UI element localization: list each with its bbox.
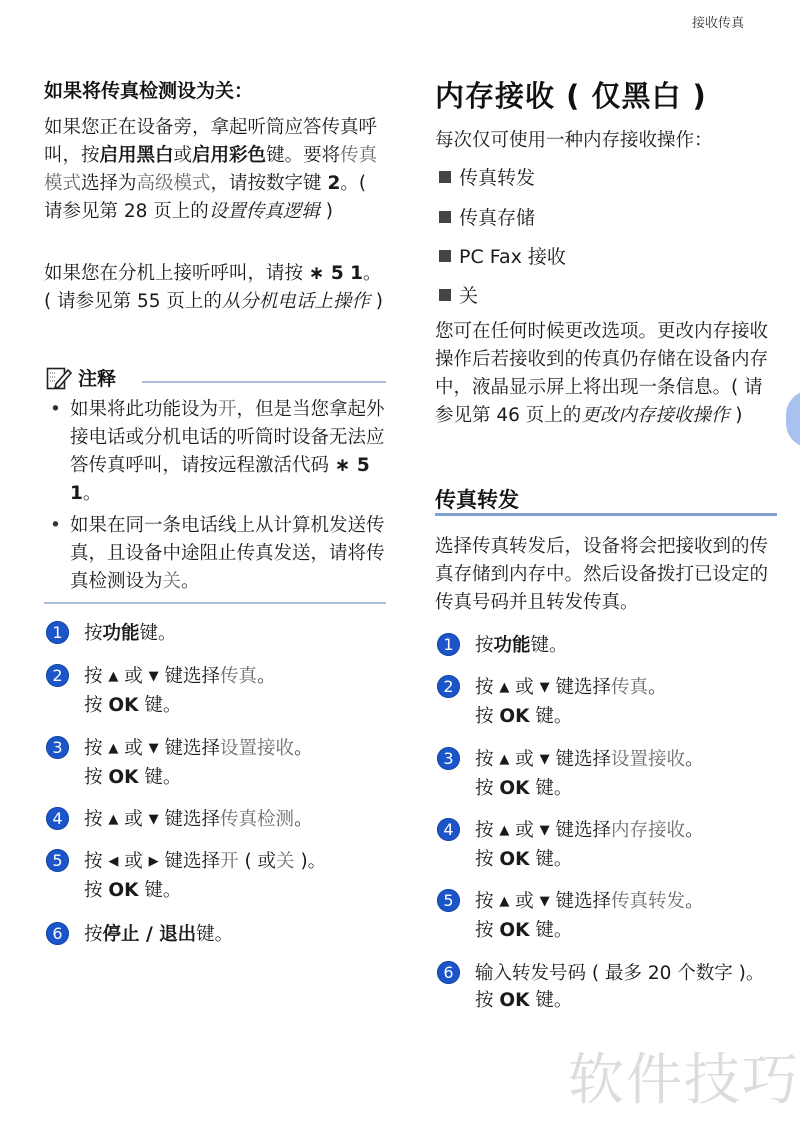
step-number-badge: 2 xyxy=(437,675,460,698)
step-4: 4 按 ▲ 或 ▼ 键选择传真检测。 xyxy=(46,806,313,835)
watermark-text: 软件技巧 xyxy=(568,1036,800,1116)
note-pencil-icon xyxy=(46,366,72,390)
step-6: 6 输入转发号码 ( 最多 20 个数字 )。按 OK 键。 xyxy=(437,960,764,1014)
down-arrow-icon: ▼ xyxy=(149,812,159,827)
step-number-badge: 6 xyxy=(46,922,69,945)
square-bullet-icon xyxy=(439,171,451,183)
step-5: 5 按 ◀ 或 ▶ 键选择开 ( 或关 )。按 OK 键。 xyxy=(46,848,326,904)
link-fax-logic[interactable]: 设置传真逻辑 xyxy=(209,201,320,222)
paragraph-answer-fax: 如果您正在设备旁，拿起听筒应答传真呼叫，按启用黑白或启用彩色键。要将传真模式选择… xyxy=(44,114,386,226)
option-item: 传真转发 xyxy=(439,163,535,190)
step-2: 2 按 ▲ 或 ▼ 键选择传真。按 OK 键。 xyxy=(46,663,276,719)
up-arrow-icon: ▲ xyxy=(108,669,118,684)
option-item: 传真存储 xyxy=(439,203,535,230)
step-3: 3 按 ▲ 或 ▼ 键选择设置接收。按 OK 键。 xyxy=(46,735,313,791)
subtitle-rule xyxy=(435,513,777,516)
note-bullet: 如果在同一条电话线上从计算机发送传真，且设备中途阻止传真发送，请将传真检测设为关… xyxy=(48,512,386,596)
square-bullet-icon xyxy=(439,211,451,223)
step-number-badge: 6 xyxy=(437,961,460,984)
key-mono-start: 启用黑白 xyxy=(100,145,174,166)
step-number-badge: 5 xyxy=(437,889,460,912)
step-2: 2 按 ▲ 或 ▼ 键选择传真。按 OK 键。 xyxy=(437,674,667,730)
step-6: 6 按停止 / 退出键。 xyxy=(46,921,233,948)
paragraph-fax-forwarding: 选择传真转发后，设备将会把接收到的传真存储到内存中。然后设备拨打已设定的传真号码… xyxy=(435,533,777,617)
down-arrow-icon: ▼ xyxy=(540,823,550,838)
up-arrow-icon: ▲ xyxy=(499,894,509,909)
step-number-badge: 4 xyxy=(437,818,460,841)
down-arrow-icon: ▼ xyxy=(540,894,550,909)
note-header: 注释 xyxy=(46,364,116,391)
page-header-label: 接收传真 xyxy=(692,12,744,31)
key-color-start: 启用彩色 xyxy=(192,145,266,166)
subheading-fax-detect-off: 如果将传真检测设为关： xyxy=(44,76,253,103)
paragraph-extension-phone: 如果您在分机上接听呼叫，请按 ∗ 5 1。( 请参见第 55 页上的从分机电话上… xyxy=(44,260,386,316)
up-arrow-icon: ▲ xyxy=(499,680,509,695)
option-item: PC Fax 接收 xyxy=(439,242,566,269)
step-5: 5 按 ▲ 或 ▼ 键选择传真转发。按 OK 键。 xyxy=(437,888,704,944)
chapter-side-tab xyxy=(786,390,800,448)
section-title-memory-receive: 内存接收 ( 仅黑白 ) xyxy=(435,74,707,115)
square-bullet-icon xyxy=(439,289,451,301)
note-top-rule xyxy=(142,381,386,383)
step-number-badge: 2 xyxy=(46,664,69,687)
note-bottom-rule xyxy=(44,602,386,604)
step-number-badge: 4 xyxy=(46,807,69,830)
step-number-badge: 1 xyxy=(437,633,460,656)
step-number-badge: 1 xyxy=(46,621,69,644)
up-arrow-icon: ▲ xyxy=(108,812,118,827)
step-number-badge: 5 xyxy=(46,849,69,872)
subtitle-fax-forwarding: 传真转发 xyxy=(435,484,519,514)
left-arrow-icon: ◀ xyxy=(108,854,118,869)
note-title: 注释 xyxy=(78,364,116,391)
step-number-badge: 3 xyxy=(46,736,69,759)
down-arrow-icon: ▼ xyxy=(149,669,159,684)
down-arrow-icon: ▼ xyxy=(540,752,550,767)
option-item: 关 xyxy=(439,281,478,308)
step-number-badge: 3 xyxy=(437,747,460,770)
step-1: 1 按功能键。 xyxy=(437,632,568,659)
step-4: 4 按 ▲ 或 ▼ 键选择内存接收。按 OK 键。 xyxy=(437,817,704,873)
paragraph-change-options: 您可在任何时候更改选项。更改内存接收操作后若接收到的传真仍存储在设备内存中，液晶… xyxy=(435,318,777,430)
link-extension-operation[interactable]: 从分机电话上操作 xyxy=(222,291,370,312)
down-arrow-icon: ▼ xyxy=(540,680,550,695)
up-arrow-icon: ▲ xyxy=(108,741,118,756)
down-arrow-icon: ▼ xyxy=(149,741,159,756)
link-change-memory-receive[interactable]: 更改内存接收操作 xyxy=(581,405,729,426)
step-1: 1 按功能键。 xyxy=(46,620,177,647)
paragraph-intro: 每次仅可使用一种内存接收操作： xyxy=(435,127,713,155)
up-arrow-icon: ▲ xyxy=(499,752,509,767)
note-bullet: 如果将此功能设为开，但是当您拿起外接电话或分机电话的听筒时设备无法应答传真呼叫，… xyxy=(48,396,386,508)
step-3: 3 按 ▲ 或 ▼ 键选择设置接收。按 OK 键。 xyxy=(437,746,704,802)
square-bullet-icon xyxy=(439,250,451,262)
right-arrow-icon: ▶ xyxy=(149,854,159,869)
up-arrow-icon: ▲ xyxy=(499,823,509,838)
